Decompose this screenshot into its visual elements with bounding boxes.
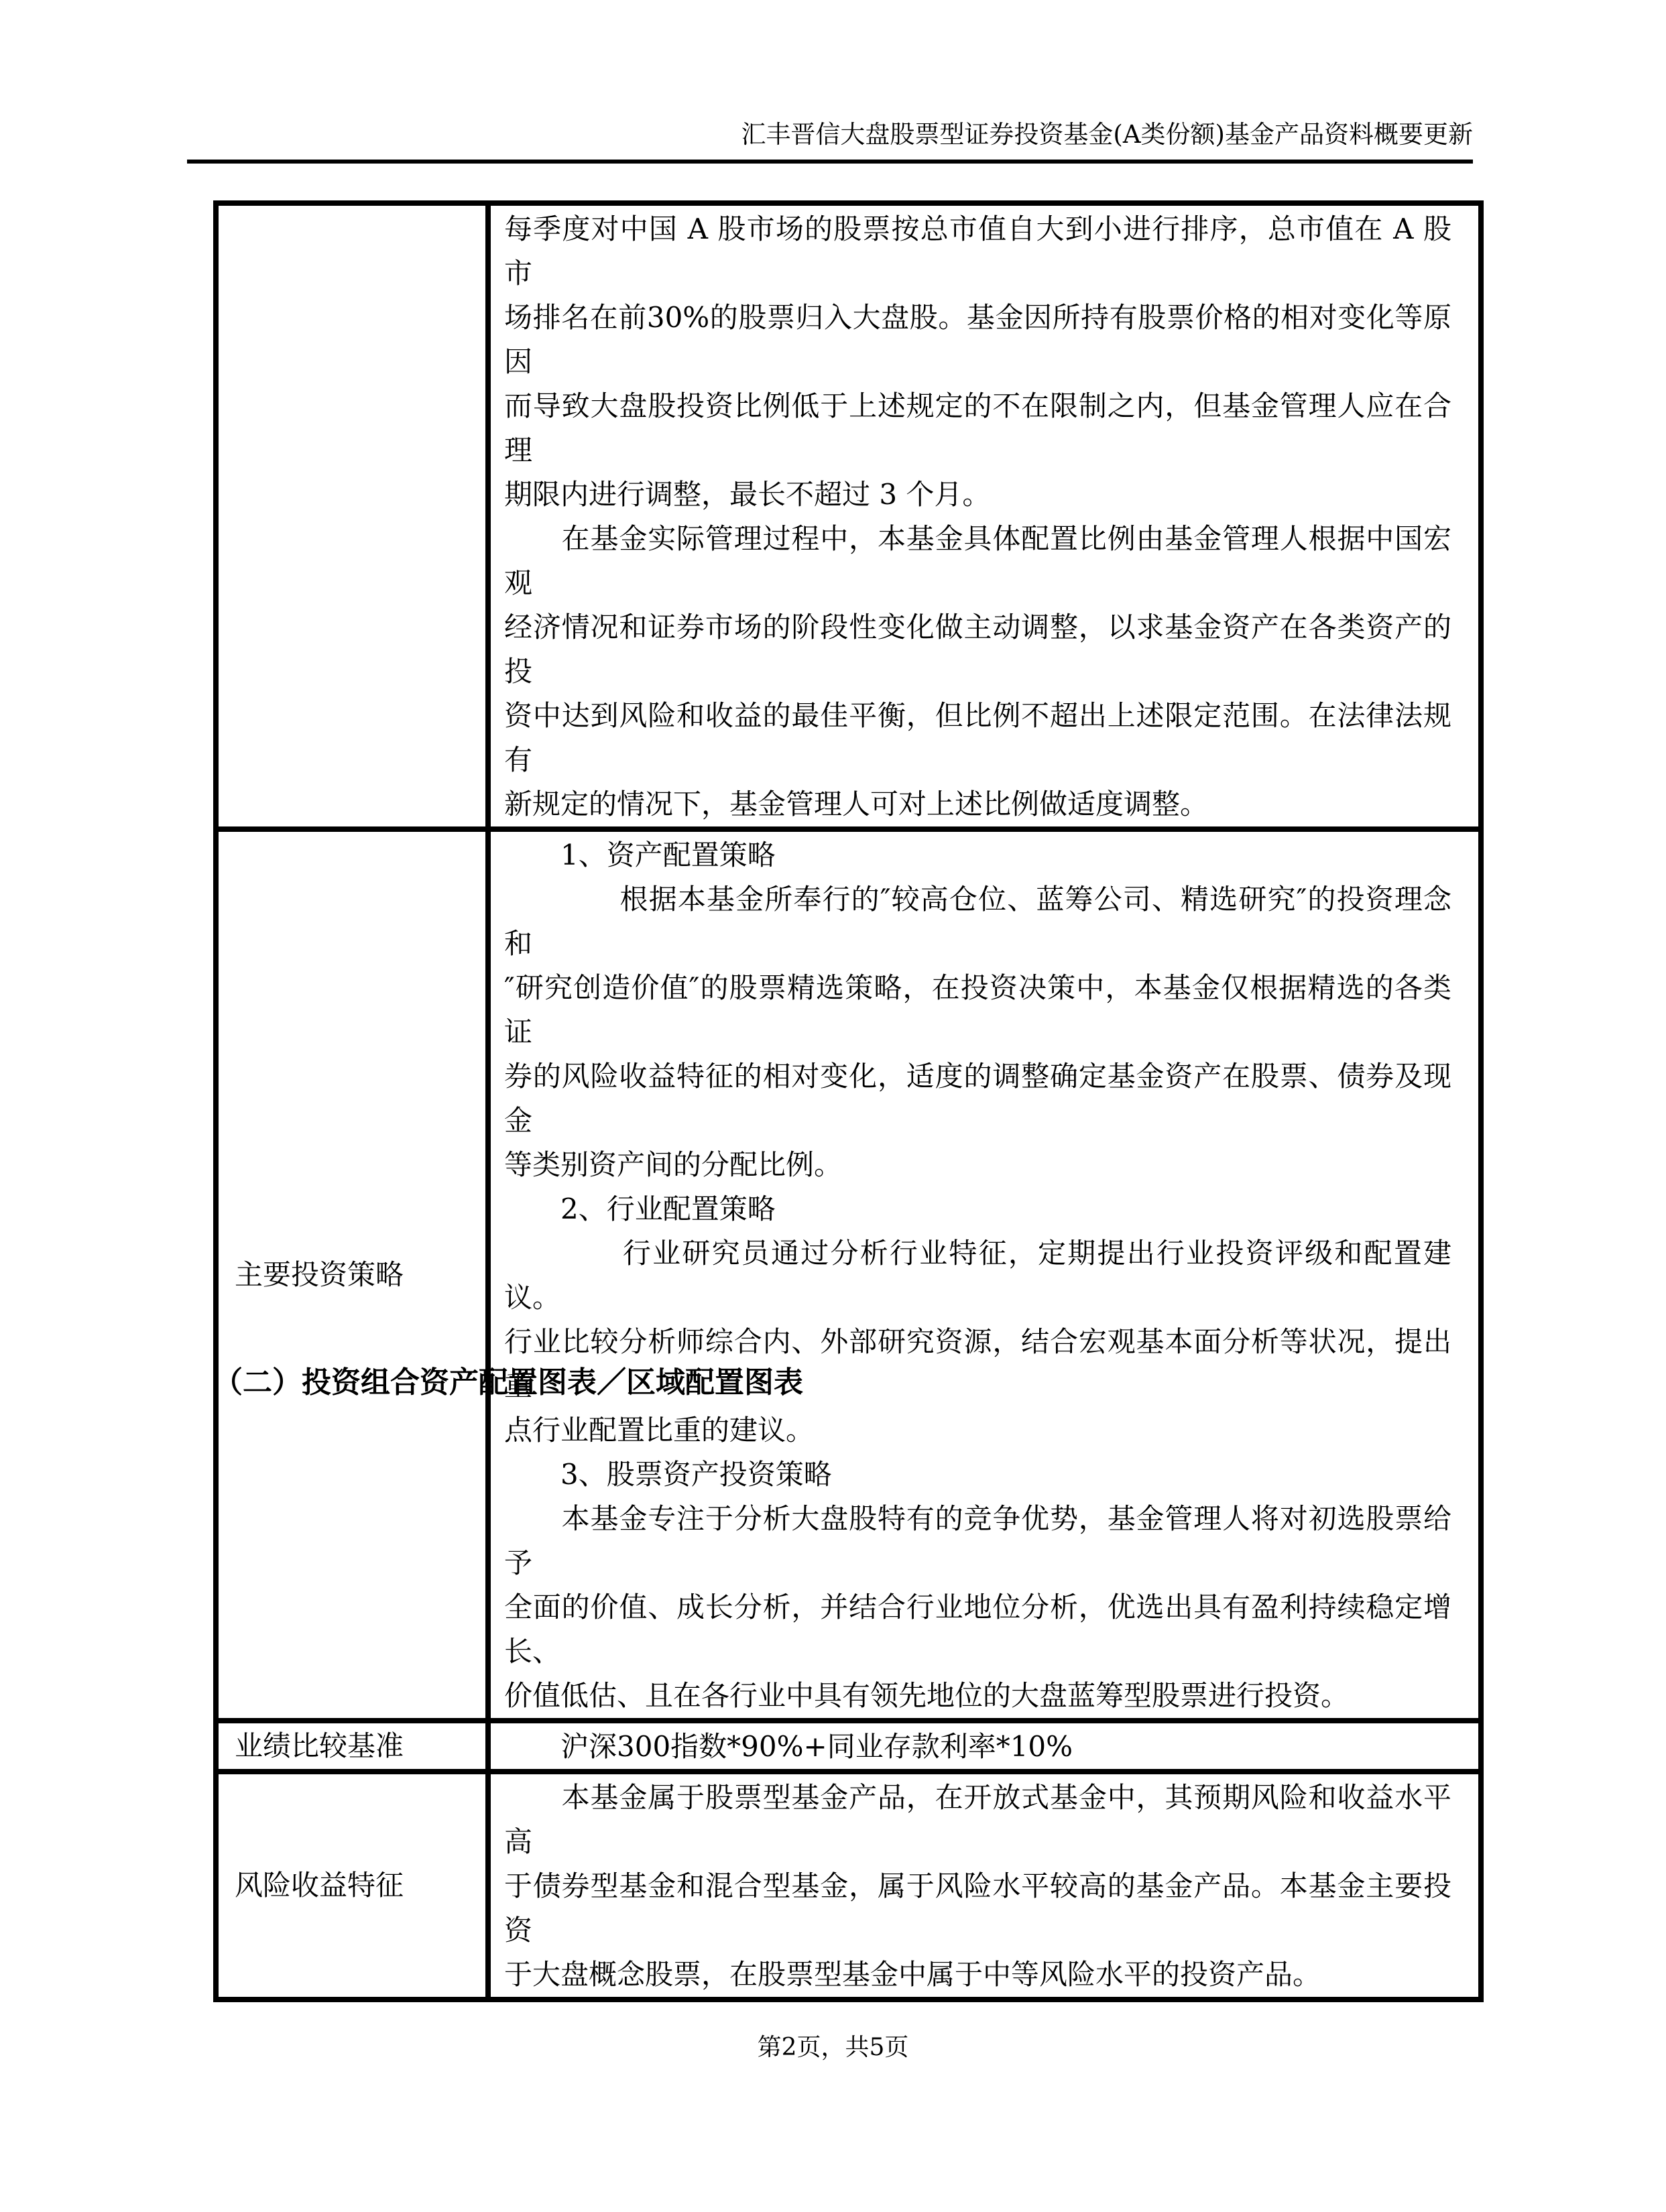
row-content-benchmark: 沪深300指数*90%+同业存款利率*10% [488,1721,1481,1772]
row-content-main-strategy: 1、资产配置策略 根据本基金所奉行的″较高仓位、蓝筹公司、精选研究″的投资理念和… [488,829,1481,1721]
fund-info-table: 每季度对中国 A 股市场的股票按总市值自大到小进行排序，总市值在 A 股市场排名… [213,200,1484,2002]
text-line: 点行业配置比重的建议。 [504,1408,1451,1453]
text-line: 2、行业配置策略 [504,1187,1451,1231]
text-line: 新规定的情况下，基金管理人可对上述比例做适度调整。 [504,782,1451,826]
text-line: 期限内进行调整，最长不超过 3 个月。 [504,473,1451,517]
row-content-investment-scope: 每季度对中国 A 股市场的股票按总市值自大到小进行排序，总市值在 A 股市场排名… [488,203,1481,829]
header-title: 汇丰晋信大盘股票型证券投资基金(A类份额)基金产品资料概要更新 [187,121,1473,149]
text-line: 3、股票资产投资策略 [504,1453,1451,1497]
table-row: 每季度对中国 A 股市场的股票按总市值自大到小进行排序，总市值在 A 股市场排名… [216,203,1481,829]
text-line: 本基金专注于分析大盘股特有的竞争优势，基金管理人将对初选股票给予 [504,1497,1451,1585]
text-line: 本基金属于股票型基金产品，在开放式基金中，其预期风险和收益水平高 [504,1776,1451,1864]
row-label-main-strategy: 主要投资策略 [216,829,488,1721]
text-line: 全面的价值、成长分析，并结合行业地位分析，优选出具有盈利持续稳定增长、 [504,1585,1451,1674]
text-line: 场排名在前30%的股票归入大盘股。基金因所持有股票价格的相对变化等原因 [504,296,1451,384]
row-label-benchmark: 业绩比较基准 [216,1721,488,1772]
page-footer: 第2页，共5页 [0,2034,1666,2062]
text-line: ″研究创造价值″的股票精选策略，在投资决策中，本基金仅根据精选的各类证 [504,966,1451,1054]
row-content-risk-return: 本基金属于股票型基金产品，在开放式基金中，其预期风险和收益水平高于债券型基金和混… [488,1772,1481,2000]
text-line: 每季度对中国 A 股市场的股票按总市值自大到小进行排序，总市值在 A 股市 [504,207,1451,296]
text-line: 于大盘概念股票，在股票型基金中属于中等风险水平的投资产品。 [504,1953,1451,1997]
row-label-empty [216,203,488,829]
text-line: 在基金实际管理过程中，本基金具体配置比例由基金管理人根据中国宏观 [504,517,1451,605]
text-line: 价值低估、且在各行业中具有领先地位的大盘蓝筹型股票进行投资。 [504,1674,1451,1718]
text-line: 根据本基金所奉行的″较高仓位、蓝筹公司、精选研究″的投资理念和 [504,877,1451,966]
text-line: 经济情况和证券市场的阶段性变化做主动调整，以求基金资产在各类资产的投 [504,605,1451,694]
text-line: 而导致大盘股投资比例低于上述规定的不在限制之内，但基金管理人应在合理 [504,384,1451,473]
text-line: 于债券型基金和混合型基金，属于风险水平较高的基金产品。本基金主要投资 [504,1864,1451,1953]
table-row: 业绩比较基准 沪深300指数*90%+同业存款利率*10% [216,1721,1481,1772]
text-line: 券的风险收益特征的相对变化，适度的调整确定基金资产在股票、债券及现金 [504,1054,1451,1143]
document-page: 汇丰晋信大盘股票型证券投资基金(A类份额)基金产品资料概要更新 每季度对中国 A… [0,0,1666,2212]
table-row: 风险收益特征 本基金属于股票型基金产品，在开放式基金中，其预期风险和收益水平高于… [216,1772,1481,2000]
text-line: 等类别资产间的分配比例。 [504,1143,1451,1187]
text-line: 行业研究员通过分析行业特征，定期提出行业投资评级和配置建议。 [504,1231,1451,1320]
text-line: 资中达到风险和收益的最佳平衡，但比例不超出上述限定范围。在法律法规有 [504,694,1451,782]
text-line: 沪深300指数*90%+同业存款利率*10% [504,1725,1451,1769]
row-label-risk-return: 风险收益特征 [216,1772,488,2000]
text-line: 1、资产配置策略 [504,833,1451,877]
header-rule [187,160,1473,164]
table-row: 主要投资策略 1、资产配置策略 根据本基金所奉行的″较高仓位、蓝筹公司、精选研究… [216,829,1481,1721]
section-heading: （二）投资组合资产配置图表／区域配置图表 [213,1367,803,1399]
